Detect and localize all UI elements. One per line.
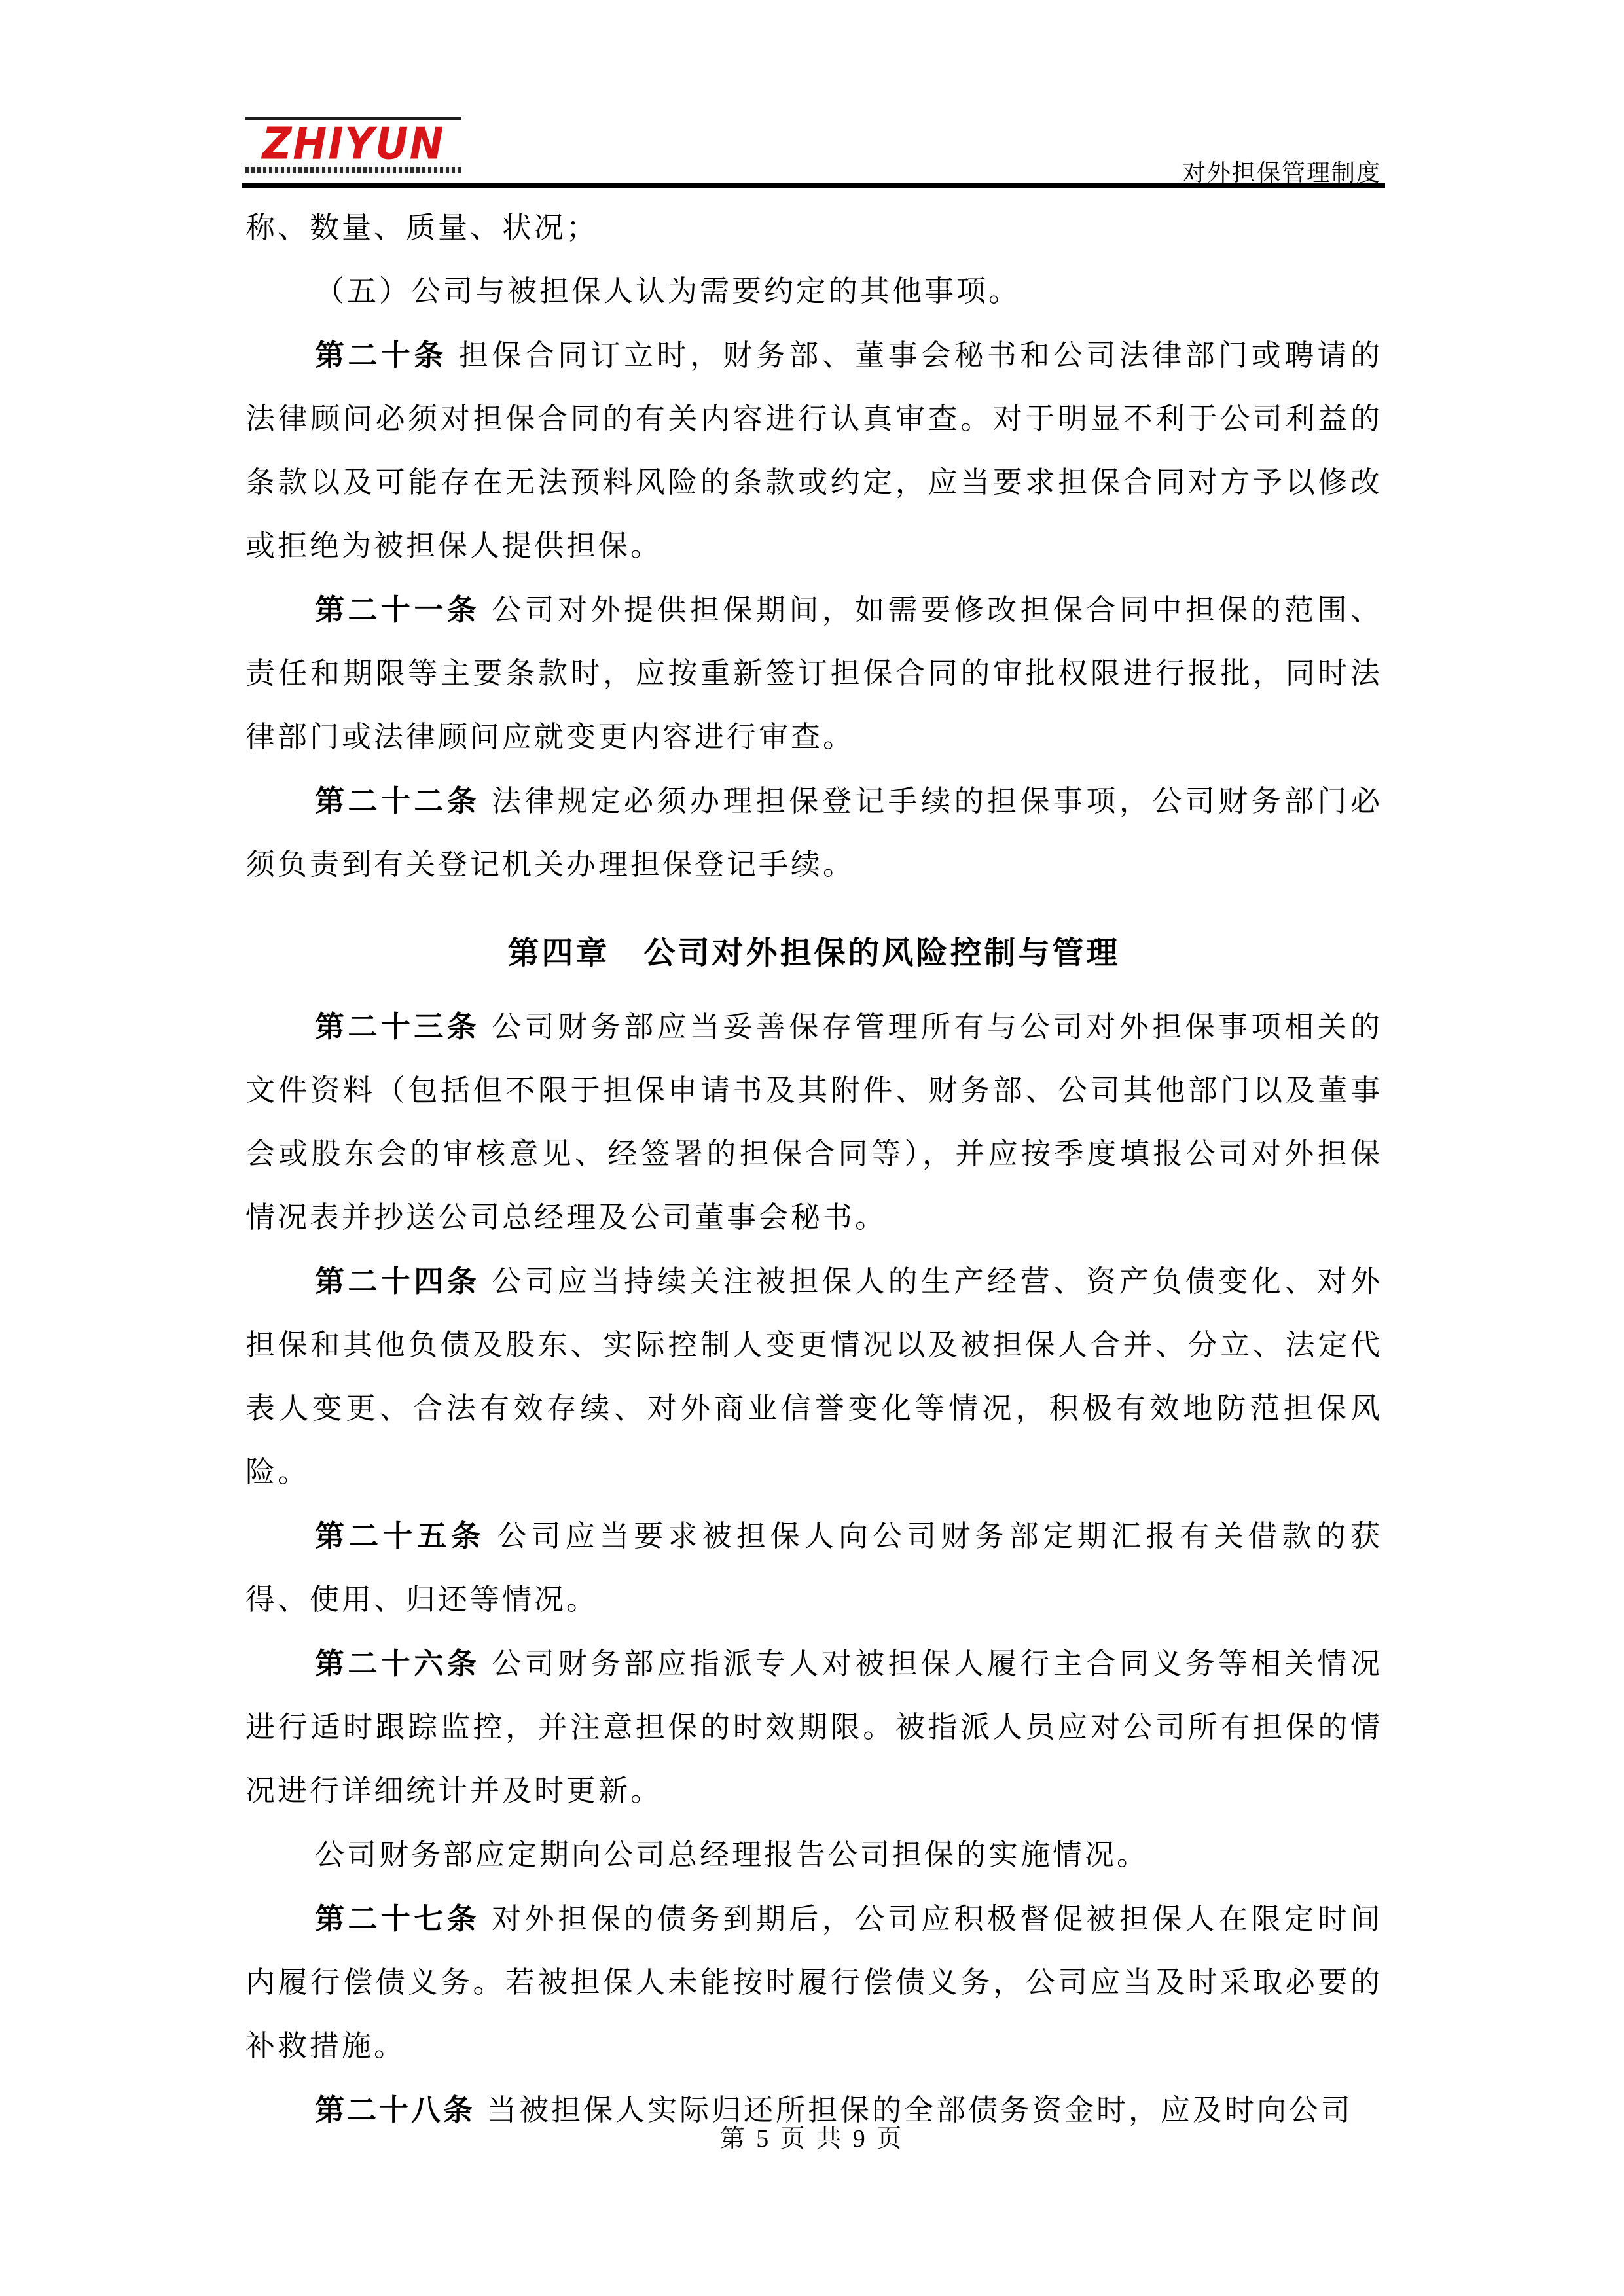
article-23-text: 公司财务部应当妥善保存管理所有与公司对外担保事项相关的文件资料（包括但不限于担保… — [245, 1011, 1382, 1234]
article-27: 第二十七条对外担保的债务到期后，公司应积极督促被担保人在限定时间内履行偿债义务。… — [245, 1887, 1382, 2078]
article-23-number: 第二十三条 — [315, 1010, 480, 1043]
header-rule — [242, 183, 1385, 188]
zhiyun-logo: ZHIYUN — [245, 117, 461, 173]
article-20-number: 第二十条 — [315, 338, 447, 372]
document-body: 称、数量、质量、状况； （五）公司与被担保人认为需要约定的其他事项。 第二十条担… — [245, 196, 1382, 2142]
logo-text: ZHIYUN — [245, 120, 461, 167]
article-21: 第二十一条公司对外提供担保期间，如需要修改担保合同中担保的范围、责任和期限等主要… — [245, 578, 1382, 769]
article-20: 第二十条担保合同订立时，财务部、董事会秘书和公司法律部门或聘请的法律顾问必须对担… — [245, 323, 1382, 578]
article-26: 第二十六条公司财务部应指派专人对被担保人履行主合同义务等相关情况进行适时跟踪监控… — [245, 1632, 1382, 1823]
paragraph-report-duty: 公司财务部应定期向公司总经理报告公司担保的实施情况。 — [245, 1823, 1382, 1887]
paragraph-report-duty-text: 公司财务部应定期向公司总经理报告公司担保的实施情况。 — [315, 1839, 1149, 1871]
article-22-number: 第二十二条 — [315, 784, 480, 817]
article-20-text: 担保合同订立时，财务部、董事会秘书和公司法律部门或聘请的法律顾问必须对担保合同的… — [245, 339, 1382, 562]
document-page: ZHIYUN 对外担保管理制度 称、数量、质量、状况； （五）公司与被担保人认为… — [0, 0, 1624, 2296]
article-22: 第二十二条法律规定必须办理担保登记手续的担保事项，公司财务部门必须负责到有关登记… — [245, 769, 1382, 897]
list-item-five: （五）公司与被担保人认为需要约定的其他事项。 — [245, 260, 1382, 323]
article-25: 第二十五条公司应当要求被担保人向公司财务部定期汇报有关借款的获得、使用、归还等情… — [245, 1504, 1382, 1632]
article-23: 第二十三条公司财务部应当妥善保存管理所有与公司对外担保事项相关的文件资料（包括但… — [245, 995, 1382, 1249]
article-21-number: 第二十一条 — [315, 593, 480, 626]
article-25-number: 第二十五条 — [315, 1519, 486, 1552]
page-number: 第 5 页 共 9 页 — [0, 2118, 1624, 2154]
article-24: 第二十四条公司应当持续关注被担保人的生产经营、资产负债变化、对外担保和其他负债及… — [245, 1249, 1382, 1504]
chapter-heading: 第四章 公司对外担保的风险控制与管理 — [245, 922, 1382, 985]
article-27-number: 第二十七条 — [315, 1902, 480, 1935]
paragraph-continuation: 称、数量、质量、状况； — [245, 196, 1382, 260]
article-24-text: 公司应当持续关注被担保人的生产经营、资产负债变化、对外担保和其他负债及股东、实际… — [245, 1265, 1382, 1488]
article-24-number: 第二十四条 — [315, 1265, 480, 1298]
article-26-number: 第二十六条 — [315, 1647, 480, 1680]
